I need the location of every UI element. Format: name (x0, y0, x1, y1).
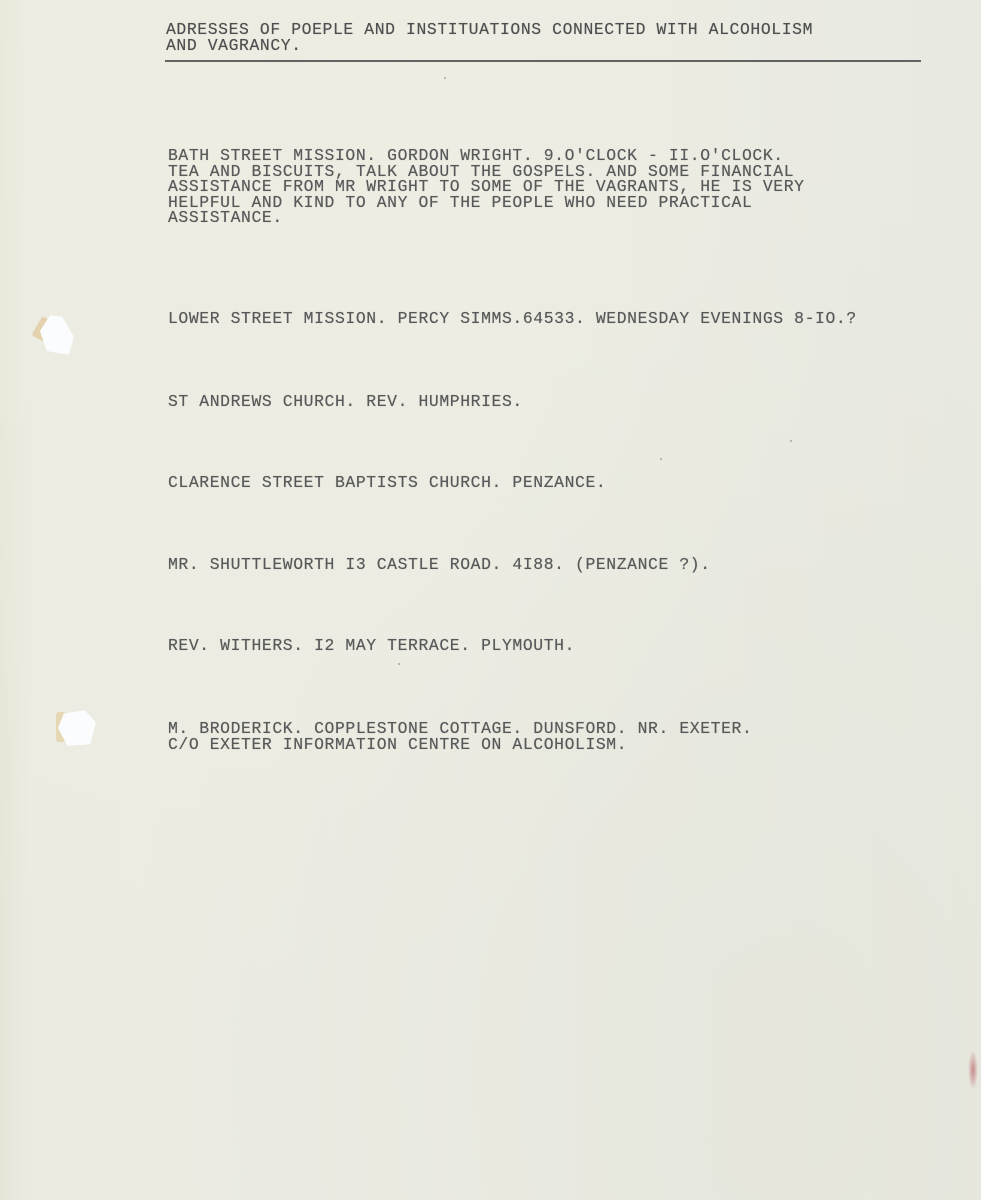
document-header: ADRESSES OF POEPLE AND INSTITUATIONS CON… (166, 22, 813, 53)
entry-mr-shuttleworth: MR. SHUTTLEWORTH I3 CASTLE ROAD. 4I88. (… (168, 557, 711, 573)
entry-line: CLARENCE STREET BAPTISTS CHURCH. PENZANC… (168, 475, 606, 491)
typewritten-page: ADRESSES OF POEPLE AND INSTITUATIONS CON… (0, 0, 981, 1200)
entry-line: REV. WITHERS. I2 MAY TERRACE. PLYMOUTH. (168, 638, 575, 654)
entry-lower-street-mission: LOWER STREET MISSION. PERCY SIMMS.64533.… (168, 311, 857, 327)
entry-m-broderick: M. BRODERICK. COPPLESTONE COTTAGE. DUNSF… (168, 721, 752, 752)
paper-speck (660, 458, 662, 460)
entry-st-andrews-church: ST ANDREWS CHURCH. REV. HUMPHRIES. (168, 394, 523, 410)
header-underline (165, 60, 921, 62)
entry-line: LOWER STREET MISSION. PERCY SIMMS.64533.… (168, 311, 857, 327)
paper-speck (444, 77, 446, 79)
red-stain-mark (968, 1050, 978, 1090)
header-line-2: AND VAGRANCY. (166, 38, 813, 54)
entry-line: ASSISTANCE. (168, 210, 805, 226)
entry-bath-street-mission: BATH STREET MISSION. GORDON WRIGHT. 9.O'… (168, 148, 805, 226)
entry-clarence-street-baptists: CLARENCE STREET BAPTISTS CHURCH. PENZANC… (168, 475, 606, 491)
entry-line: ST ANDREWS CHURCH. REV. HUMPHRIES. (168, 394, 523, 410)
paper-speck (398, 663, 400, 665)
entry-rev-withers: REV. WITHERS. I2 MAY TERRACE. PLYMOUTH. (168, 638, 575, 654)
entry-line: C/O EXETER INFORMATION CENTRE ON ALCOHOL… (168, 737, 752, 753)
entry-line: MR. SHUTTLEWORTH I3 CASTLE ROAD. 4I88. (… (168, 557, 711, 573)
paper-speck (790, 440, 792, 442)
